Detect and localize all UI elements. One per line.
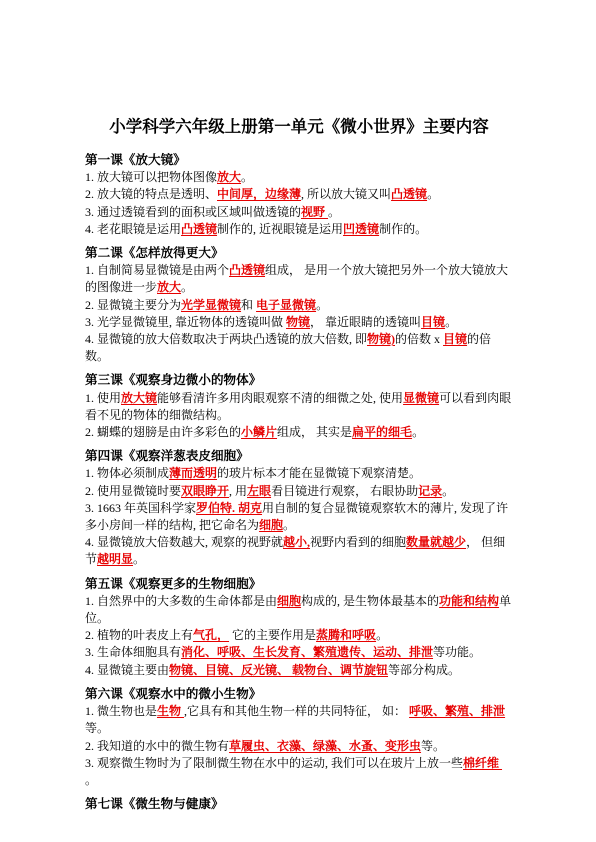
highlight-term: 放大镜 <box>121 391 157 405</box>
document-title: 小学科学六年级上册第一单元《微小世界》主要内容 <box>85 116 513 138</box>
text-run: 1. 物体必须制成 <box>85 466 169 480</box>
text-run: 构成的, 是生物体最基本的 <box>301 594 439 608</box>
lesson-section: 第五课《观察更多的生物细胞》1. 自然界中的大多数的生命体都是由细胞构成的, 是… <box>85 576 513 679</box>
section-heading: 第四课《观察洋葱表皮细胞》 <box>85 448 513 465</box>
highlight-term: 凸透镜 <box>391 187 427 201</box>
highlight-term: 生物 <box>157 704 184 718</box>
sections-container: 第一课《放大镜》1. 放大镜可以把物体图像放大。2. 放大镜的特点是透明、中间厚… <box>85 152 513 813</box>
note-item: 4. 显微镜主要由物镜、目镜、反光镜、 载物台、调节旋钮等部分构成。 <box>85 662 513 679</box>
highlight-term: 视野 <box>301 205 328 219</box>
highlight-term: 棉纤维 <box>463 756 502 770</box>
text-run: 3. 光学显微镜里, 靠近物体的透镜叫做 <box>85 315 286 329</box>
highlight-term: 越小, <box>283 535 310 549</box>
text-run: 等。 <box>85 721 109 735</box>
text-run: ,它具有和其他生物一样的共同特征， 如： <box>184 704 409 718</box>
text-run: 。 <box>241 170 253 184</box>
section-heading: 第一课《放大镜》 <box>85 152 513 169</box>
section-heading: 第三课《观察身边微小的物体》 <box>85 372 513 389</box>
highlight-term: 罗伯特. 胡克 <box>196 501 262 515</box>
section-heading: 第七课《微生物与健康》 <box>85 796 513 813</box>
note-item: 2. 我知道的水中的微生物有草履虫、衣藻、绿藻、水蚤、变形虫等。 <box>85 738 513 755</box>
highlight-term: 物镜) <box>367 332 395 346</box>
note-item: 2. 蝴蝶的翅膀是由许多彩色的小鳞片组成， 其实是扁平的细毛。 <box>85 424 513 441</box>
document-page: 小学科学六年级上册第一单元《微小世界》主要内容 第一课《放大镜》1. 放大镜可以… <box>0 0 596 842</box>
text-run: 。 <box>85 773 97 787</box>
text-run: 2. 使用显微镜时要 <box>85 484 181 498</box>
lesson-section: 第七课《微生物与健康》 <box>85 796 513 813</box>
highlight-term: 蒸腾和呼吸 <box>316 628 376 642</box>
note-item: 1. 微生物也是生物 ,它具有和其他生物一样的共同特征， 如： 呼吸、繁殖、排泄… <box>85 703 513 737</box>
highlight-term: 凸透镜 <box>229 263 265 277</box>
text-run: 3. 生命体细胞具有 <box>85 645 181 659</box>
text-run: 1. 微生物也是 <box>85 704 157 718</box>
highlight-term: 呼吸、繁殖、排泄 <box>409 704 505 718</box>
highlight-term: 显微镜 <box>403 391 439 405</box>
highlight-term: 薄而透明 <box>169 466 217 480</box>
note-item: 3. 1663 年英国科学家罗伯特. 胡克用自制的复合显微镜观察软木的薄片, 发… <box>85 500 513 534</box>
highlight-term: 气孔， <box>193 628 229 642</box>
text-run: 制作的。 <box>379 222 427 236</box>
text-run: 。 <box>181 280 193 294</box>
lesson-section: 第三课《观察身边微小的物体》1. 使用放大镜能够看清许多用肉眼观察不清的细微之处… <box>85 372 513 441</box>
text-run: 2. 放大镜的特点是透明、 <box>85 187 217 201</box>
text-run: 视野内看到的细胞 <box>310 535 406 549</box>
note-item: 2. 使用显微镜时要双眼睁开, 用左眼看目镜进行观察， 右眼协助记录。 <box>85 483 513 500</box>
note-item: 3. 光学显微镜里, 靠近物体的透镜叫做 物镜， 靠近眼睛的透镜叫目镜。 <box>85 314 513 331</box>
text-run: 。 <box>445 315 457 329</box>
highlight-term: 物镜、目镜、反光镜、 载物台、调节旋钮 <box>169 663 388 677</box>
text-run: 。 <box>283 518 295 532</box>
text-run: , 用 <box>229 484 247 498</box>
note-item: 2. 放大镜的特点是透明、中间厚，边缘薄, 所以放大镜又叫凸透镜。 <box>85 186 513 203</box>
highlight-term: 凸透镜 <box>181 222 217 236</box>
section-heading: 第五课《观察更多的生物细胞》 <box>85 576 513 593</box>
lesson-section: 第六课《观察水中的微小生物》1. 微生物也是生物 ,它具有和其他生物一样的共同特… <box>85 686 513 789</box>
highlight-term: 凹透镜 <box>343 222 379 236</box>
text-run: 看目镜进行观察， 右眼协助 <box>271 484 418 498</box>
text-run: 4. 显微镜主要由 <box>85 663 169 677</box>
highlight-term: 放大 <box>217 170 241 184</box>
note-item: 4. 显微镜放大倍数越大, 观察的视野就越小,视野内看到的细胞数量就越少， 但细… <box>85 534 513 568</box>
highlight-term: 数量就越少 <box>406 535 466 549</box>
note-item: 1. 放大镜可以把物体图像放大。 <box>85 169 513 186</box>
note-item: 4. 老花眼镜是运用凸透镜制作的, 近视眼镜是运用凹透镜制作的。 <box>85 221 513 238</box>
note-item: 1. 自然界中的大多数的生命体都是由细胞构成的, 是生物体最基本的功能和结构单位… <box>85 593 513 627</box>
highlight-term: 目镜 <box>443 332 467 346</box>
text-run: 4. 显微镜的放大倍数取决于两块凸透镜的放大倍数, 即 <box>85 332 367 346</box>
text-run: 的玻片标本才能在显微镜下观察清楚。 <box>217 466 421 480</box>
text-run: 和 <box>241 298 256 312</box>
text-run: 等。 <box>421 739 445 753</box>
text-run: 2. 植物的叶表皮上有 <box>85 628 193 642</box>
text-run: 4. 老花眼镜是运用 <box>85 222 181 236</box>
highlight-term: 小鳞片 <box>241 425 277 439</box>
text-run: 能够看清许多用肉眼观察不清的细微之处, 使用 <box>157 391 403 405</box>
note-item: 3. 观察微生物时为了限制微生物在水中的运动, 我们可以在玻片上放一些棉纤维 。 <box>85 755 513 789</box>
section-heading: 第二课《怎样放得更大》 <box>85 245 513 262</box>
text-run: 组成， 其实是 <box>277 425 352 439</box>
highlight-term: 光学显微镜 <box>181 298 241 312</box>
highlight-term: 草履虫、衣藻、绿藻、水蚤、变形虫 <box>229 739 421 753</box>
text-run: 它的主要作用是 <box>229 628 316 642</box>
text-run: 2. 显微镜主要分为 <box>85 298 181 312</box>
text-run: 。 <box>412 425 424 439</box>
text-run: 。 <box>316 298 328 312</box>
text-run: 等部分构成。 <box>388 663 460 677</box>
text-run: 。 <box>376 628 388 642</box>
text-run: 的倍数 x <box>395 332 443 346</box>
text-run: 2. 我知道的水中的微生物有 <box>85 739 229 753</box>
text-run: 1. 放大镜可以把物体图像 <box>85 170 217 184</box>
highlight-term: 左眼 <box>247 484 271 498</box>
note-item: 2. 显微镜主要分为光学显微镜和 电子显微镜。 <box>85 297 513 314</box>
highlight-term: 消化、呼吸、生长发育、繁殖遗传、运动、排泄 <box>181 645 433 659</box>
highlight-term: 双眼睁开 <box>181 484 229 498</box>
highlight-term: 细胞 <box>277 594 301 608</box>
highlight-term: 物镜 <box>286 315 310 329</box>
text-run: 等功能。 <box>433 645 481 659</box>
text-run: , 所以放大镜又叫 <box>301 187 391 201</box>
text-run: 1. 自然界中的大多数的生命体都是由 <box>85 594 277 608</box>
text-run: ， 靠近眼睛的透镜叫 <box>310 315 421 329</box>
highlight-term: 越明显 <box>97 552 133 566</box>
note-item: 4. 显微镜的放大倍数取决于两块凸透镜的放大倍数, 即物镜)的倍数 x 目镜的倍… <box>85 331 513 365</box>
note-item: 1. 使用放大镜能够看清许多用肉眼观察不清的细微之处, 使用显微镜可以看到肉眼看… <box>85 390 513 424</box>
lesson-section: 第一课《放大镜》1. 放大镜可以把物体图像放大。2. 放大镜的特点是透明、中间厚… <box>85 152 513 238</box>
text-run: 4. 显微镜放大倍数越大, 观察的视野就 <box>85 535 283 549</box>
text-run: 3. 观察微生物时为了限制微生物在水中的运动, 我们可以在玻片上放一些 <box>85 756 463 770</box>
highlight-term: 功能和结构 <box>439 594 499 608</box>
lesson-section: 第四课《观察洋葱表皮细胞》1. 物体必须制成薄而透明的玻片标本才能在显微镜下观察… <box>85 448 513 568</box>
note-item: 3. 通过透镜看到的面积或区域叫做透镜的视野 。 <box>85 204 513 221</box>
note-item: 1. 物体必须制成薄而透明的玻片标本才能在显微镜下观察清楚。 <box>85 465 513 482</box>
text-run: 3. 通过透镜看到的面积或区域叫做透镜的 <box>85 205 301 219</box>
highlight-term: 电子显微镜 <box>256 298 316 312</box>
text-run: 制作的, 近视眼镜是运用 <box>217 222 343 236</box>
note-item: 2. 植物的叶表皮上有气孔， 它的主要作用是蒸腾和呼吸。 <box>85 627 513 644</box>
note-item: 1. 自制简易显微镜是由两个凸透镜组成， 是用一个放大镜把另外一个放大镜放大的图… <box>85 262 513 296</box>
text-run: 1. 使用 <box>85 391 121 405</box>
text-run: 。 <box>133 552 145 566</box>
text-run: 1. 自制简易显微镜是由两个 <box>85 263 229 277</box>
highlight-term: 目镜 <box>421 315 445 329</box>
highlight-term: 放大 <box>157 280 181 294</box>
highlight-term: 扁平的细毛 <box>352 425 412 439</box>
highlight-term: 记录 <box>418 484 442 498</box>
note-item: 3. 生命体细胞具有消化、呼吸、生长发育、繁殖遗传、运动、排泄等功能。 <box>85 644 513 661</box>
highlight-term: 中间厚，边缘薄 <box>217 187 301 201</box>
lesson-section: 第二课《怎样放得更大》1. 自制简易显微镜是由两个凸透镜组成， 是用一个放大镜把… <box>85 245 513 365</box>
section-heading: 第六课《观察水中的微小生物》 <box>85 686 513 703</box>
highlight-term: 细胞 <box>259 518 283 532</box>
text-run: 3. 1663 年英国科学家 <box>85 501 196 515</box>
text-run: 。 <box>442 484 454 498</box>
text-run: 。 <box>427 187 439 201</box>
text-run: 。 <box>328 205 340 219</box>
text-run: 2. 蝴蝶的翅膀是由许多彩色的 <box>85 425 241 439</box>
